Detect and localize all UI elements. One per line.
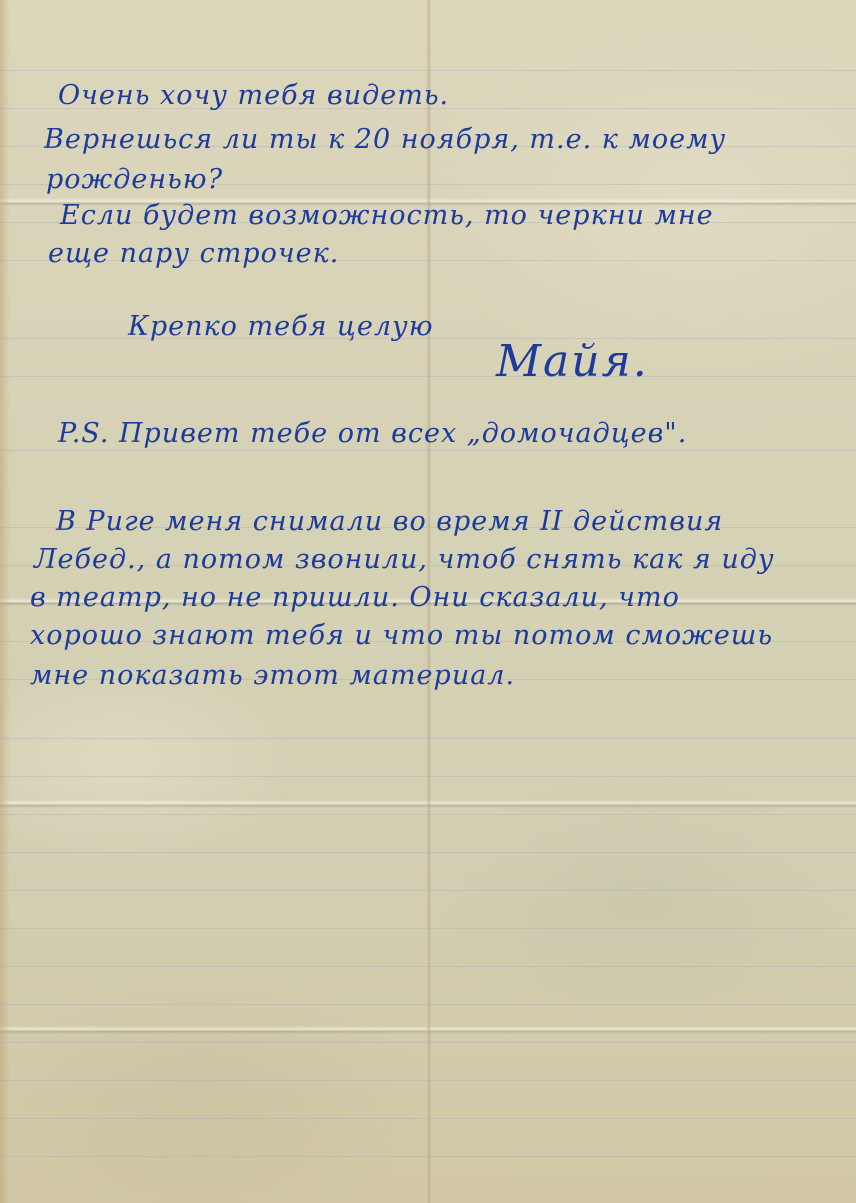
letter-line: мне показать этот материал. bbox=[30, 662, 515, 689]
letter-line: В Риге меня снимали во время II действия bbox=[56, 508, 723, 535]
letter-line: Лебед., а потом звонили, чтоб снять как … bbox=[34, 546, 775, 573]
letter-line: хорошо знают тебя и что ты потом сможешь bbox=[30, 622, 773, 649]
letter-line: Очень хочу тебя видеть. bbox=[58, 82, 449, 109]
letter-line: Вернешься ли ты к 20 ноября, т.е. к моем… bbox=[44, 126, 726, 153]
signature: Майя. bbox=[496, 340, 649, 384]
letter-line: в театр, но не пришли. Они сказали, что bbox=[30, 584, 680, 611]
letter-page: Очень хочу тебя видеть. Вернешься ли ты … bbox=[0, 0, 856, 1203]
paper-edge bbox=[0, 0, 10, 1203]
letter-line: рожденью? bbox=[46, 166, 223, 193]
postscript: P.S. Привет тебе от всех „домочадцев". bbox=[58, 420, 687, 447]
letter-line: Если будет возможность, то черкни мне bbox=[60, 202, 714, 229]
letter-line: еще пару строчек. bbox=[48, 240, 339, 267]
closing-line: Крепко тебя целую bbox=[128, 313, 433, 340]
